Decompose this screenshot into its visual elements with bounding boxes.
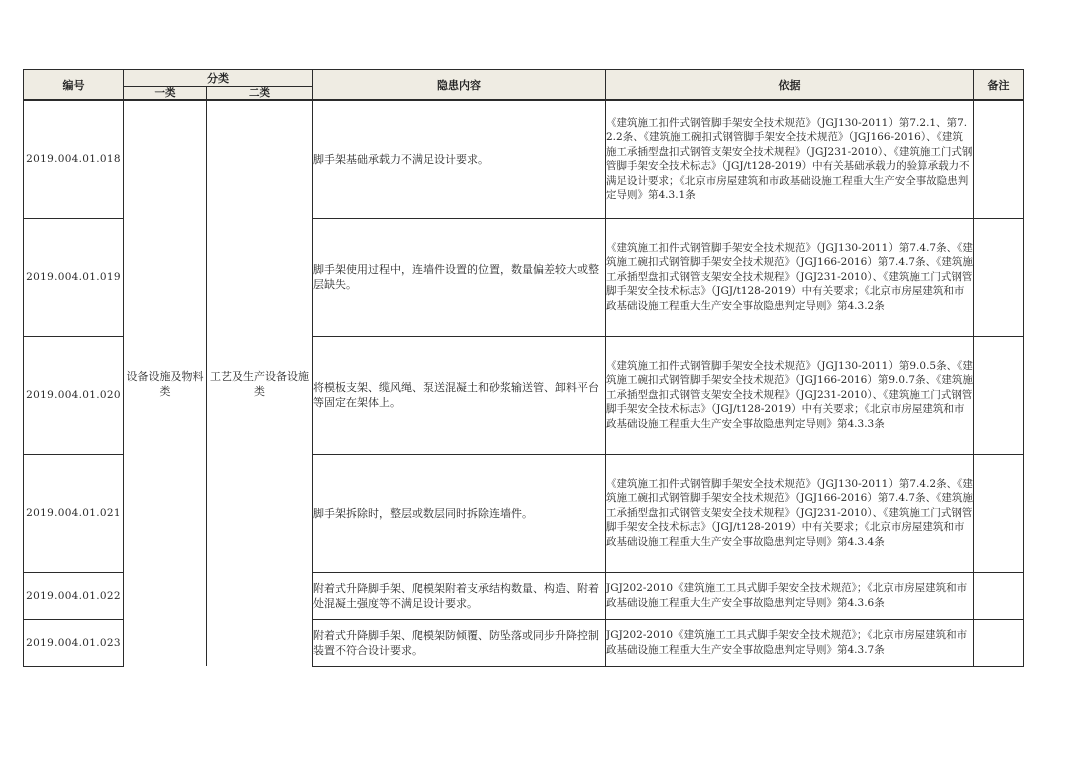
row-content: 将模板支架、缆风绳、泵送混凝土和砂浆输送管、卸料平台等固定在架体上。 [313, 336, 606, 454]
row-basis: 《建筑施工扣件式钢管脚手架安全技术规范》（JGJ130-2011）第7.4.2条… [606, 454, 974, 572]
row-code: 2019.004.01.023 [24, 619, 124, 666]
row-remark [974, 336, 1024, 454]
row-code: 2019.004.01.019 [24, 218, 124, 336]
row-code: 2019.004.01.020 [24, 336, 124, 454]
row-remark [974, 454, 1024, 572]
header-category-level2: 二类 [207, 87, 313, 101]
header-category-level1: 一类 [124, 87, 207, 101]
row-code: 2019.004.01.021 [24, 454, 124, 572]
category-level1-cell: 设备设施及物料类 [124, 100, 207, 666]
row-content: 脚手架基础承载力不满足设计要求。 [313, 100, 606, 218]
row-remark [974, 572, 1024, 619]
row-content: 脚手架拆除时，整层或数层同时拆除连墙件。 [313, 454, 606, 572]
row-basis: 《建筑施工扣件式钢管脚手架安全技术规范》（JGJ130-2011）第9.0.5条… [606, 336, 974, 454]
header-code: 编号 [24, 70, 124, 101]
header-content: 隐患内容 [313, 70, 606, 101]
row-remark [974, 218, 1024, 336]
category-level2-cell: 工艺及生产设备设施类 [207, 100, 313, 666]
table-row: 2019.004.01.018 设备设施及物料类 工艺及生产设备设施类 脚手架基… [24, 100, 1024, 218]
row-basis: 《建筑施工扣件式钢管脚手架安全技术规范》（JGJ130-2011）第7.4.7条… [606, 218, 974, 336]
hazard-table-sheet: 编号 分类 隐患内容 依据 备注 一类 二类 2019.004.01.018 设… [23, 69, 1024, 667]
row-remark [974, 619, 1024, 666]
row-basis: 《建筑施工扣件式钢管脚手架安全技术规范》（JGJ130-2011）第7.2.1、… [606, 100, 974, 218]
header-remark: 备注 [974, 70, 1024, 101]
row-basis: JGJ202-2010《建筑施工工具式脚手架安全技术规范》；《北京市房屋建筑和市… [606, 572, 974, 619]
header-category: 分类 [124, 70, 313, 87]
row-content: 附着式升降脚手架、爬模架防倾覆、防坠落或同步升降控制装置不符合设计要求。 [313, 619, 606, 666]
header-basis: 依据 [606, 70, 974, 101]
hazard-table: 编号 分类 隐患内容 依据 备注 一类 二类 2019.004.01.018 设… [23, 69, 1024, 667]
row-content: 脚手架使用过程中，连墙件设置的位置，数量偏差较大或整层缺失。 [313, 218, 606, 336]
row-code: 2019.004.01.018 [24, 100, 124, 218]
row-basis: JGJ202-2010《建筑施工工具式脚手架安全技术规范》；《北京市房屋建筑和市… [606, 619, 974, 666]
row-content: 附着式升降脚手架、爬模架附着支承结构数量、构造、附着处混凝土强度等不满足设计要求… [313, 572, 606, 619]
row-code: 2019.004.01.022 [24, 572, 124, 619]
row-remark [974, 100, 1024, 218]
